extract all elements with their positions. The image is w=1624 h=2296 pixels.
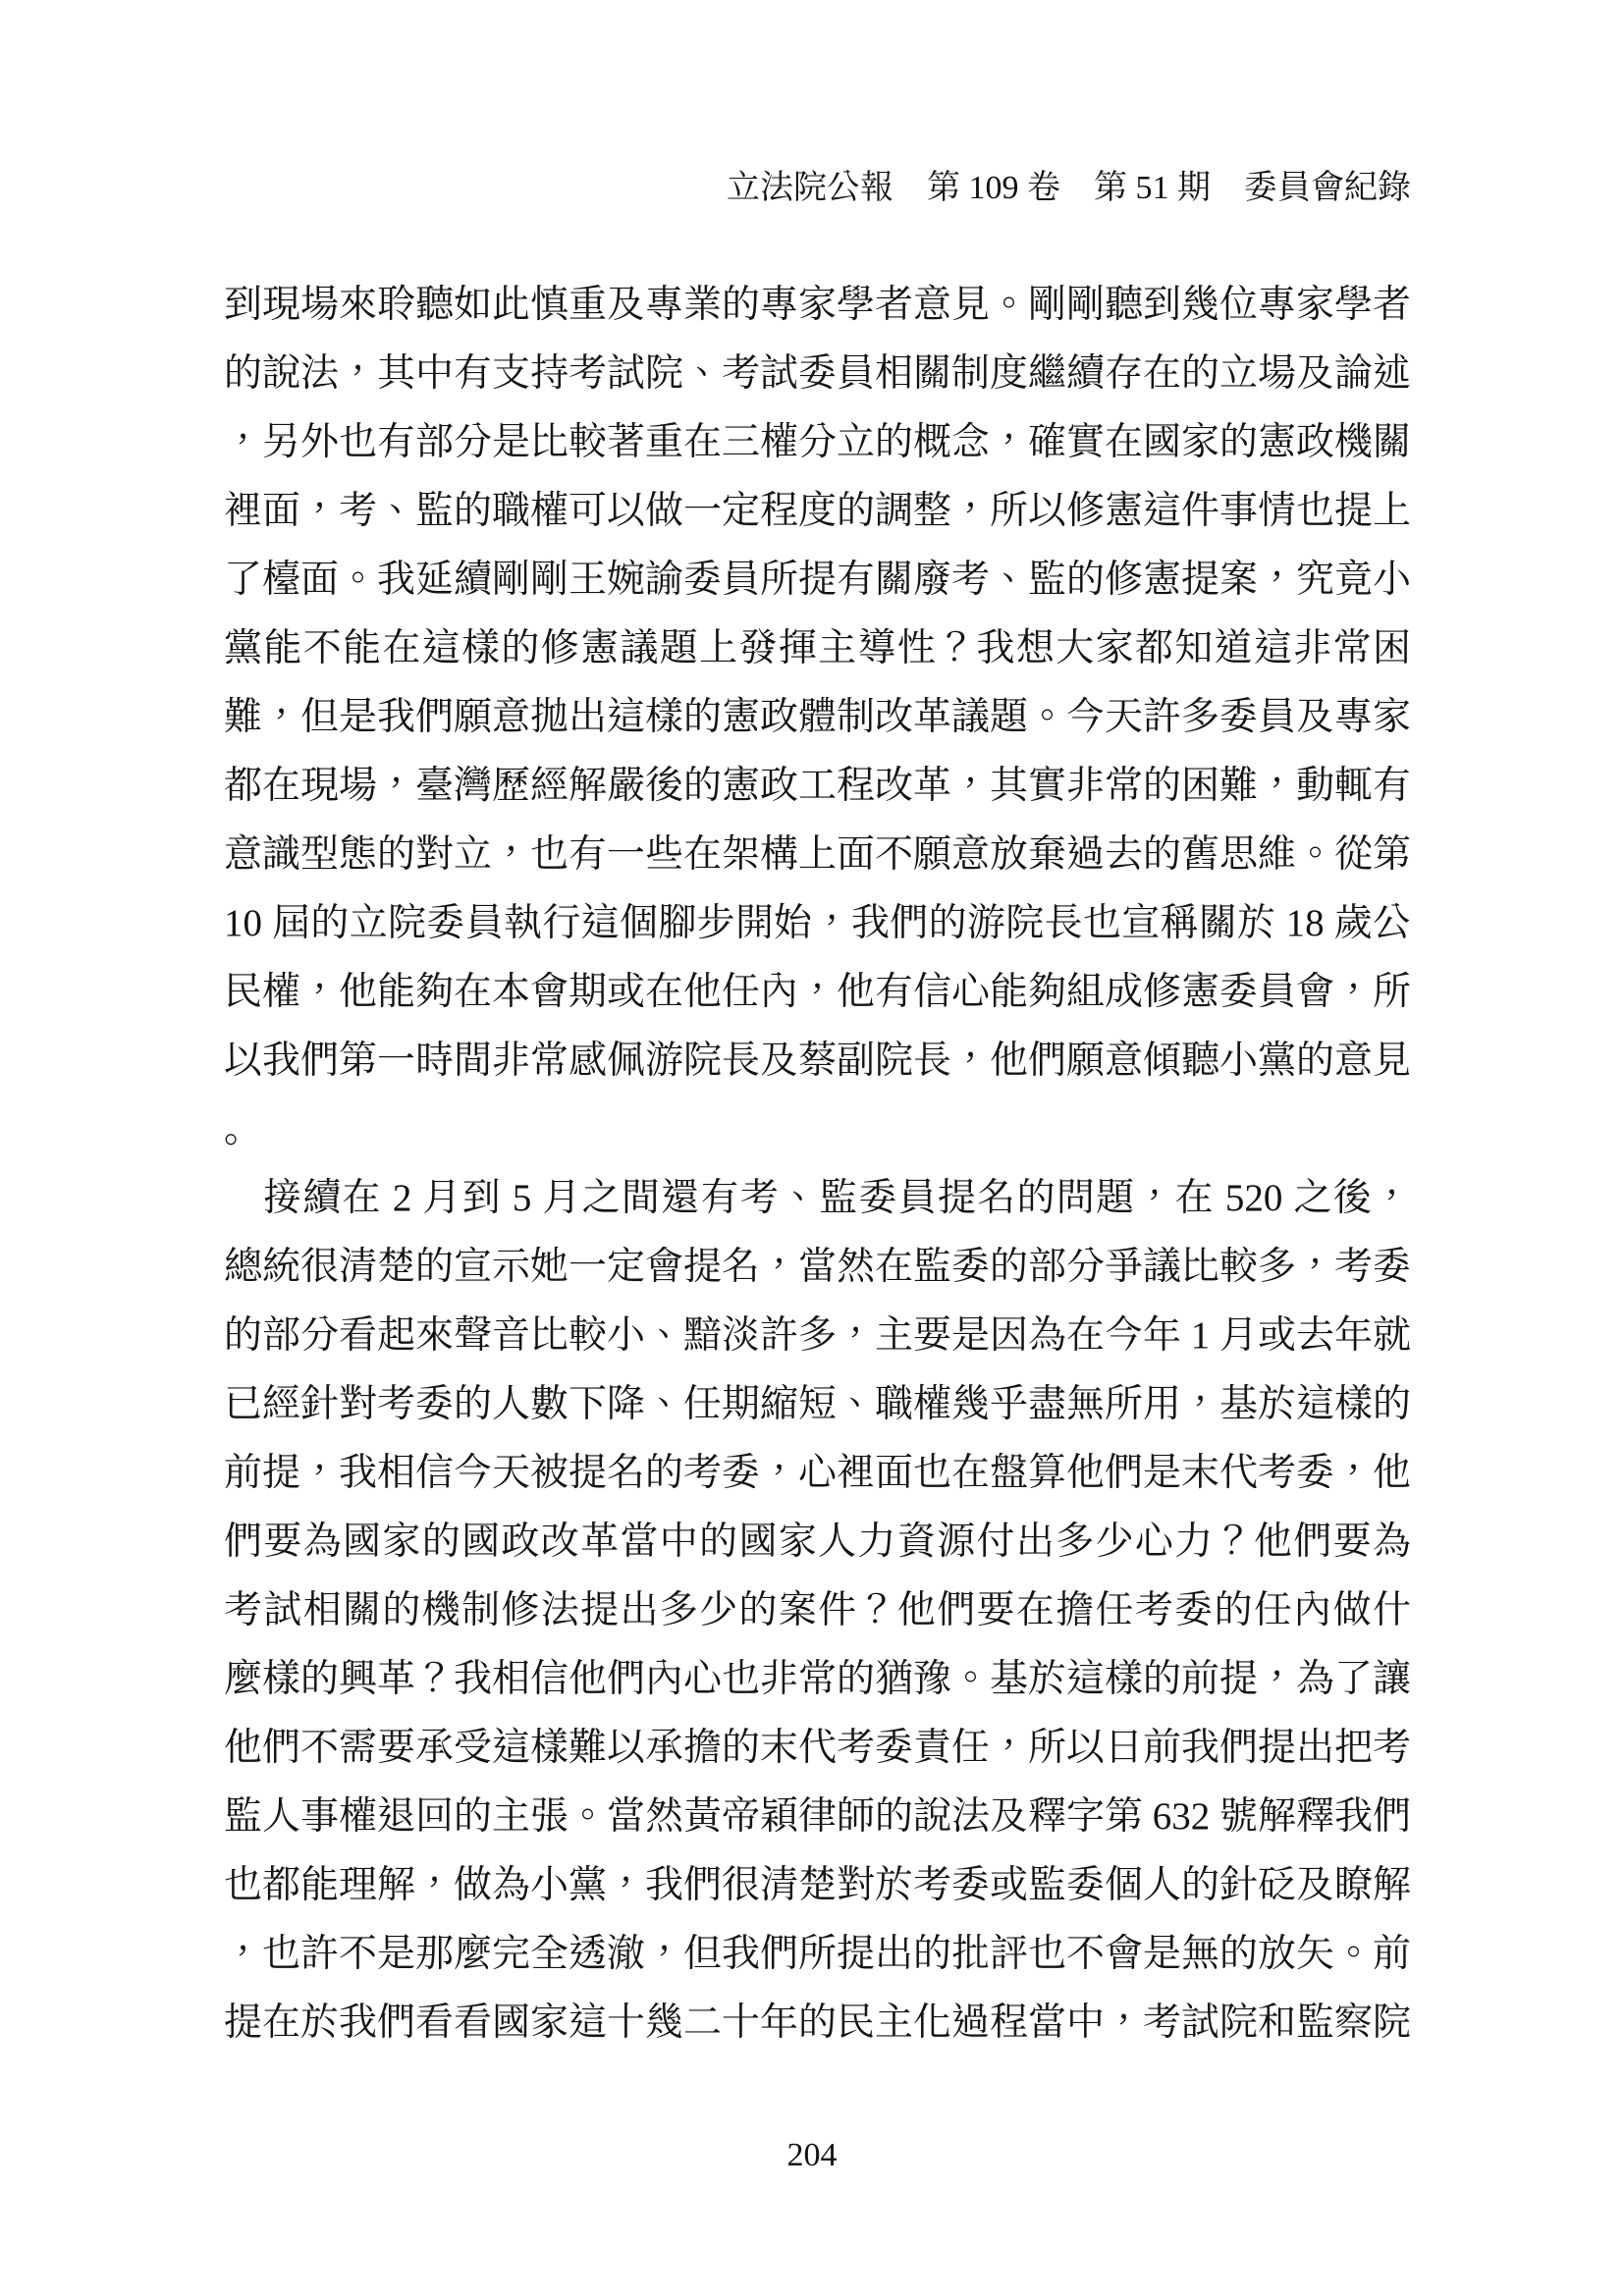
body-line: 民權，他能夠在本會期或在他任內，他有信心能夠組成修憲委員會，所 bbox=[224, 958, 1411, 1027]
page-number: 204 bbox=[0, 2136, 1624, 2175]
body-line: 意識型態的對立，也有一些在架構上面不願意放棄過去的舊思維。從第 bbox=[224, 821, 1411, 889]
running-header: 立法院公報 第 109 卷 第 51 期 委員會紀錄 bbox=[224, 169, 1411, 208]
body-line: 總統很清楚的宣示她一定會提名，當然在監委的部分爭議比較多，考委 bbox=[224, 1233, 1411, 1302]
body-line: 。 bbox=[224, 1095, 1411, 1164]
body-line: 了檯面。我延續剛剛王婉諭委員所提有關廢考、監的修憲提案，究竟小 bbox=[224, 546, 1411, 614]
body-line: 裡面，考、監的職權可以做一定程度的調整，所以修憲這件事情也提上 bbox=[224, 477, 1411, 546]
body-line: 已經針對考委的人數下降、任期縮短、職權幾乎盡無所用，基於這樣的 bbox=[224, 1370, 1411, 1439]
body-line: 的部分看起來聲音比較小、黯淡許多，主要是因為在今年 1 月或去年就 bbox=[224, 1302, 1411, 1370]
body-text: 到現場來聆聽如此慎重及專業的專家學者意見。剛剛聽到幾位專家學者 的說法，其中有支… bbox=[224, 271, 1411, 2057]
body-line: 監人事權退回的主張。當然黃帝穎律師的說法及釋字第 632 號解釋我們 bbox=[224, 1783, 1411, 1851]
body-line: 考試相關的機制修法提出多少的案件？他們要在擔任考委的任內做什 bbox=[224, 1576, 1411, 1645]
body-line: ，也許不是那麼完全透澈，但我們所提出的批評也不會是無的放矢。前 bbox=[224, 1920, 1411, 1989]
body-line: ，另外也有部分是比較著重在三權分立的概念，確實在國家的憲政機關 bbox=[224, 408, 1411, 477]
body-line: 們要為國家的國政改革當中的國家人力資源付出多少心力？他們要為 bbox=[224, 1508, 1411, 1576]
body-line: 難，但是我們願意拋出這樣的憲政體制改革議題。今天許多委員及專家 bbox=[224, 683, 1411, 752]
body-line: 以我們第一時間非常感佩游院長及蔡副院長，他們願意傾聽小黨的意見 bbox=[224, 1027, 1411, 1095]
gazette-page: { "header": { "text": "立法院公報 第 109 卷 第 5… bbox=[0, 0, 1624, 2296]
body-line: 他們不需要承受這樣難以承擔的末代考委責任，所以日前我們提出把考 bbox=[224, 1714, 1411, 1783]
body-line: 10 屆的立院委員執行這個腳步開始，我們的游院長也宣稱關於 18 歲公 bbox=[224, 889, 1411, 958]
body-line: 也都能理解，做為小黨，我們很清楚對於考委或監委個人的針砭及瞭解 bbox=[224, 1851, 1411, 1920]
body-line: 提在於我們看看國家這十幾二十年的民主化過程當中，考試院和監察院 bbox=[224, 1989, 1411, 2057]
body-line: 前提，我相信今天被提名的考委，心裡面也在盤算他們是末代考委，他 bbox=[224, 1439, 1411, 1508]
body-line: 都在現場，臺灣歷經解嚴後的憲政工程改革，其實非常的困難，動輒有 bbox=[224, 752, 1411, 821]
body-line: 的說法，其中有支持考試院、考試委員相關制度繼續存在的立場及論述 bbox=[224, 340, 1411, 408]
body-line: 麼樣的興革？我相信他們內心也非常的猶豫。基於這樣的前提，為了讓 bbox=[224, 1645, 1411, 1714]
body-line: 黨能不能在這樣的修憲議題上發揮主導性？我想大家都知道這非常困 bbox=[224, 614, 1411, 683]
body-line: 到現場來聆聽如此慎重及專業的專家學者意見。剛剛聽到幾位專家學者 bbox=[224, 271, 1411, 340]
body-line: 接續在 2 月到 5 月之間還有考、監委員提名的問題，在 520 之後，蔡 bbox=[224, 1164, 1411, 1233]
